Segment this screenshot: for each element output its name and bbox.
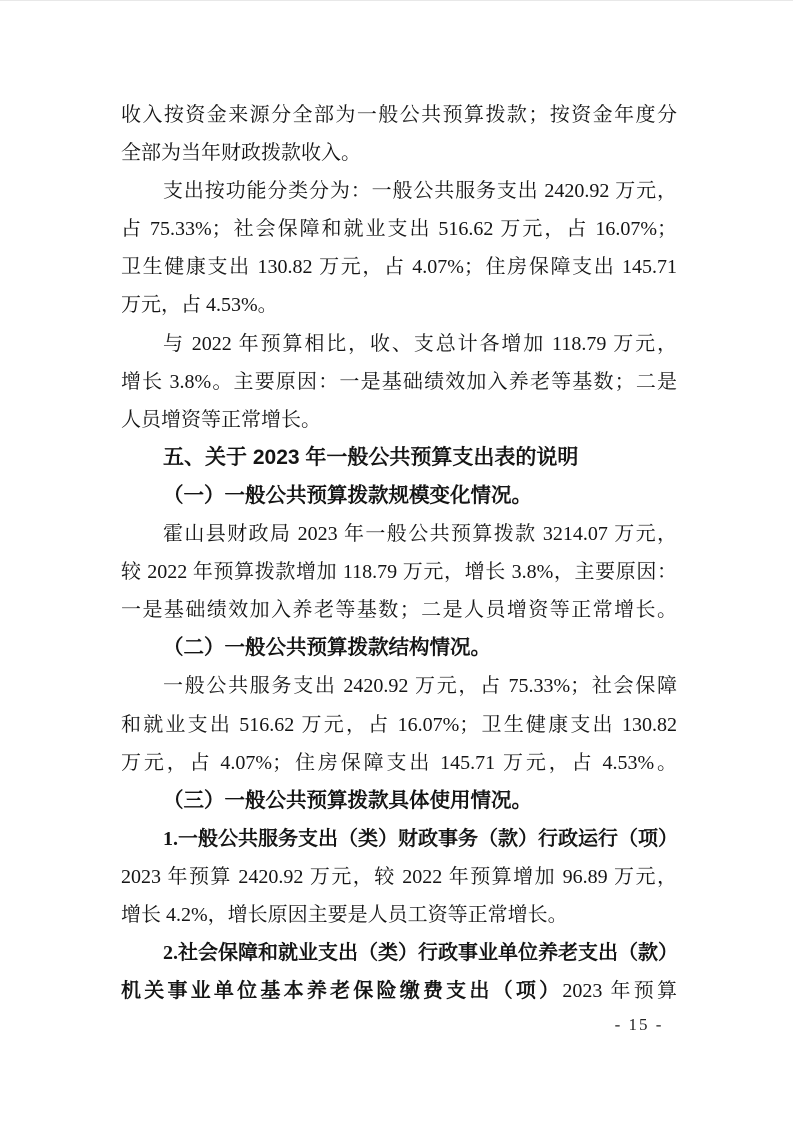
text-segment: 和就业支出 516.62 万元，占 16.07%；卫生健康支出 130.82 — [121, 714, 677, 736]
text-segment: 万元，占 4.53%。 — [121, 294, 278, 316]
text-segment: 万元，占 4.07%；住房保障支出 145.71 万元，占 4.53%。 — [121, 752, 677, 774]
text-segment: 人员增资等正常增长。 — [121, 409, 321, 431]
text-segment: （三）一般公共预算拨款具体使用情况。 — [163, 790, 532, 812]
text-segment: 2023 年预算 — [562, 980, 677, 1002]
heading-sub-1: （一）一般公共预算拨款规模变化情况。 — [121, 477, 677, 515]
para-scale-change-line-1: 霍山县财政局 2023 年一般公共预算拨款 3214.07 万元， — [121, 515, 677, 553]
para-expenditure-by-function-line-3: 卫生健康支出 130.82 万元，占 4.07%；住房保障支出 145.71 — [121, 248, 677, 286]
para-compare-2022-line-1: 与 2022 年预算相比，收、支总计各增加 118.79 万元， — [121, 325, 677, 363]
text-segment: 占 75.33%；社会保障和就业支出 516.62 万元，占 16.07%； — [121, 218, 677, 240]
item-1-line-2: 2023 年预算 2420.92 万元，较 2022 年预算增加 96.89 万… — [121, 858, 677, 896]
para-expenditure-by-function-line-2: 占 75.33%；社会保障和就业支出 516.62 万元，占 16.07%； — [121, 210, 677, 248]
item-2-line-2: 机关事业单位基本养老保险缴费支出（项）2023 年预算 — [121, 972, 677, 1010]
text-segment: 支出按功能分类分为：一般公共服务支出 2420.92 万元， — [163, 180, 677, 202]
text-segment: 全部为当年财政拨款收入。 — [121, 142, 361, 164]
text-segment: （二）一般公共预算拨款结构情况。 — [163, 637, 491, 659]
para-expenditure-by-function-line-4: 万元，占 4.53%。 — [121, 286, 677, 324]
item-2-line-1: 2.社会保障和就业支出（类）行政事业单位养老支出（款） — [121, 934, 677, 972]
para-structure-line-3: 万元，占 4.07%；住房保障支出 145.71 万元，占 4.53%。 — [121, 744, 677, 782]
para-funding-source-line-1: 收入按资金来源分全部为一般公共预算拨款；按资金年度分 — [121, 96, 677, 134]
item-1-line-1: 1.一般公共服务支出（类）财政事务（款）行政运行（项） — [121, 820, 677, 858]
para-funding-source-line-2: 全部为当年财政拨款收入。 — [121, 134, 677, 172]
text-segment: 增长 3.8%。主要原因：一是基础绩效加入养老等基数；二是 — [121, 371, 677, 393]
para-compare-2022-line-2: 增长 3.8%。主要原因：一是基础绩效加入养老等基数；二是 — [121, 363, 677, 401]
text-segment: 霍山县财政局 2023 年一般公共预算拨款 3214.07 万元， — [163, 523, 677, 545]
para-scale-change-line-3: 一是基础绩效加入养老等基数；二是人员增资等正常增长。 — [121, 591, 677, 629]
text-segment: 一是基础绩效加入养老等基数；二是人员增资等正常增长。 — [121, 599, 677, 621]
page-number: - 15 - — [604, 1015, 674, 1035]
text-segment: 与 2022 年预算相比，收、支总计各增加 118.79 万元， — [163, 333, 677, 355]
text-segment: 卫生健康支出 130.82 万元，占 4.07%；住房保障支出 145.71 — [121, 256, 677, 278]
text-segment: 五、关于 2023 年一般公共预算支出表的说明 — [163, 446, 578, 469]
heading-section-5: 五、关于 2023 年一般公共预算支出表的说明 — [121, 439, 677, 477]
text-segment: 2023 年预算 2420.92 万元，较 2022 年预算增加 96.89 万… — [121, 866, 677, 888]
document-page: 收入按资金来源分全部为一般公共预算拨款；按资金年度分全部为当年财政拨款收入。支出… — [0, 0, 793, 1123]
text-segment: 2.社会保障和就业支出（类）行政事业单位养老支出（款） — [163, 942, 678, 964]
item-1-line-3: 增长 4.2%，增长原因主要是人员工资等正常增长。 — [121, 896, 677, 934]
text-segment: （一）一般公共预算拨款规模变化情况。 — [163, 485, 532, 507]
text-segment: 增长 4.2%，增长原因主要是人员工资等正常增长。 — [121, 904, 568, 926]
para-structure-line-2: 和就业支出 516.62 万元，占 16.07%；卫生健康支出 130.82 — [121, 706, 677, 744]
para-compare-2022-line-3: 人员增资等正常增长。 — [121, 401, 677, 439]
heading-sub-3: （三）一般公共预算拨款具体使用情况。 — [121, 782, 677, 820]
heading-sub-2: （二）一般公共预算拨款结构情况。 — [121, 629, 677, 667]
para-structure-line-1: 一般公共服务支出 2420.92 万元，占 75.33%；社会保障 — [121, 667, 677, 705]
text-segment: 较 2022 年预算拨款增加 118.79 万元，增长 3.8%，主要原因： — [121, 561, 677, 583]
text-segment: 1.一般公共服务支出（类）财政事务（款）行政运行（项） — [163, 828, 678, 850]
document-body: 收入按资金来源分全部为一般公共预算拨款；按资金年度分全部为当年财政拨款收入。支出… — [121, 96, 677, 1010]
text-segment: 一般公共服务支出 2420.92 万元，占 75.33%；社会保障 — [163, 675, 677, 697]
text-segment: 收入按资金来源分全部为一般公共预算拨款；按资金年度分 — [121, 104, 677, 126]
para-scale-change-line-2: 较 2022 年预算拨款增加 118.79 万元，增长 3.8%，主要原因： — [121, 553, 677, 591]
text-segment: 机关事业单位基本养老保险缴费支出（项） — [121, 980, 562, 1002]
para-expenditure-by-function-line-1: 支出按功能分类分为：一般公共服务支出 2420.92 万元， — [121, 172, 677, 210]
